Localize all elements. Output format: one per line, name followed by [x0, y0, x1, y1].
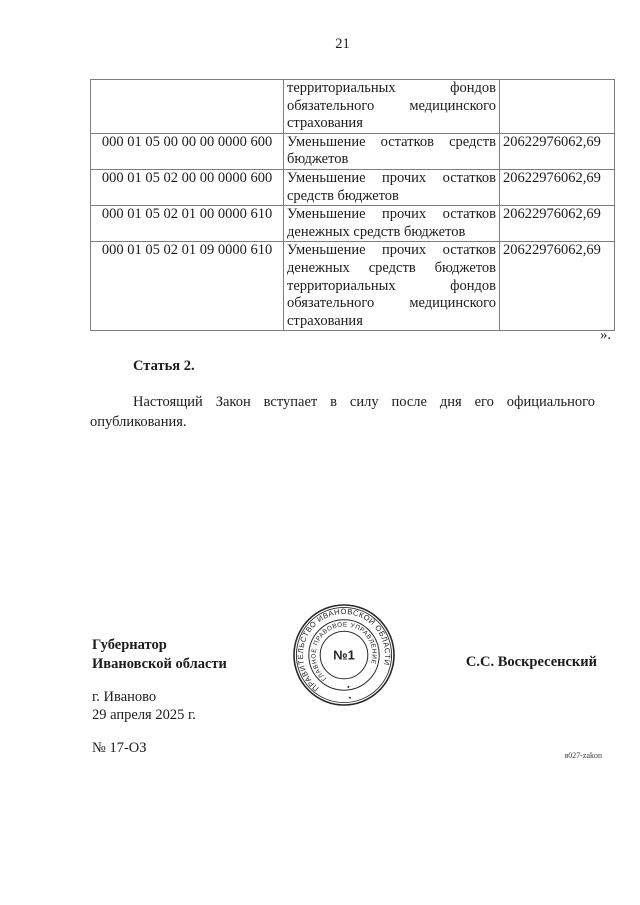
description-cell: территориальных фондов обязательного мед… [284, 80, 500, 134]
article-body: Настоящий Закон вступает в силу после дн… [90, 392, 595, 432]
amount-cell: 20622976062,69 [500, 133, 615, 169]
description-cell: Уменьшение прочих остатков денежных сред… [284, 206, 500, 242]
amount-cell: 20622976062,69 [500, 169, 615, 205]
amount-cell [500, 80, 615, 134]
stamp-separator-star: ✦ [348, 695, 353, 702]
table-row: 000 01 05 00 00 00 0000 600 Уменьшение о… [91, 133, 615, 169]
signature-date: 29 апреля 2025 г. [92, 707, 196, 724]
footer-code: я027-zakon [90, 751, 602, 760]
stamp-separator-star: ✦ [346, 684, 351, 691]
signatory-position-line1: Губернатор [92, 636, 227, 655]
description-cell: Уменьшение прочих остатков денежных сред… [284, 242, 500, 331]
signature-city: г. Иваново [92, 689, 156, 706]
article-heading: Статья 2. [133, 358, 195, 375]
amount-cell: 20622976062,69 [500, 206, 615, 242]
code-cell: 000 01 05 02 01 09 0000 610 [91, 242, 284, 331]
budget-table: территориальных фондов обязательного мед… [90, 79, 615, 331]
code-cell [91, 80, 284, 134]
description-cell: Уменьшение остатков средств бюджетов [284, 133, 500, 169]
closing-quote: ». [90, 327, 611, 344]
code-cell: 000 01 05 00 00 00 0000 600 [91, 133, 284, 169]
table-row: 000 01 05 02 01 09 0000 610 Уменьшение п… [91, 242, 615, 331]
page-number: 21 [90, 36, 595, 53]
code-cell: 000 01 05 02 00 00 0000 600 [91, 169, 284, 205]
table-row: 000 01 05 02 00 00 0000 600 Уменьшение п… [91, 169, 615, 205]
signatory-name: С.С. Воскресенский [90, 654, 597, 671]
description-cell: Уменьшение прочих остатков средств бюдже… [284, 169, 500, 205]
table-row: 000 01 05 02 01 00 0000 610 Уменьшение п… [91, 206, 615, 242]
table-row: территориальных фондов обязательного мед… [91, 80, 615, 134]
code-cell: 000 01 05 02 01 00 0000 610 [91, 206, 284, 242]
amount-cell: 20622976062,69 [500, 242, 615, 331]
